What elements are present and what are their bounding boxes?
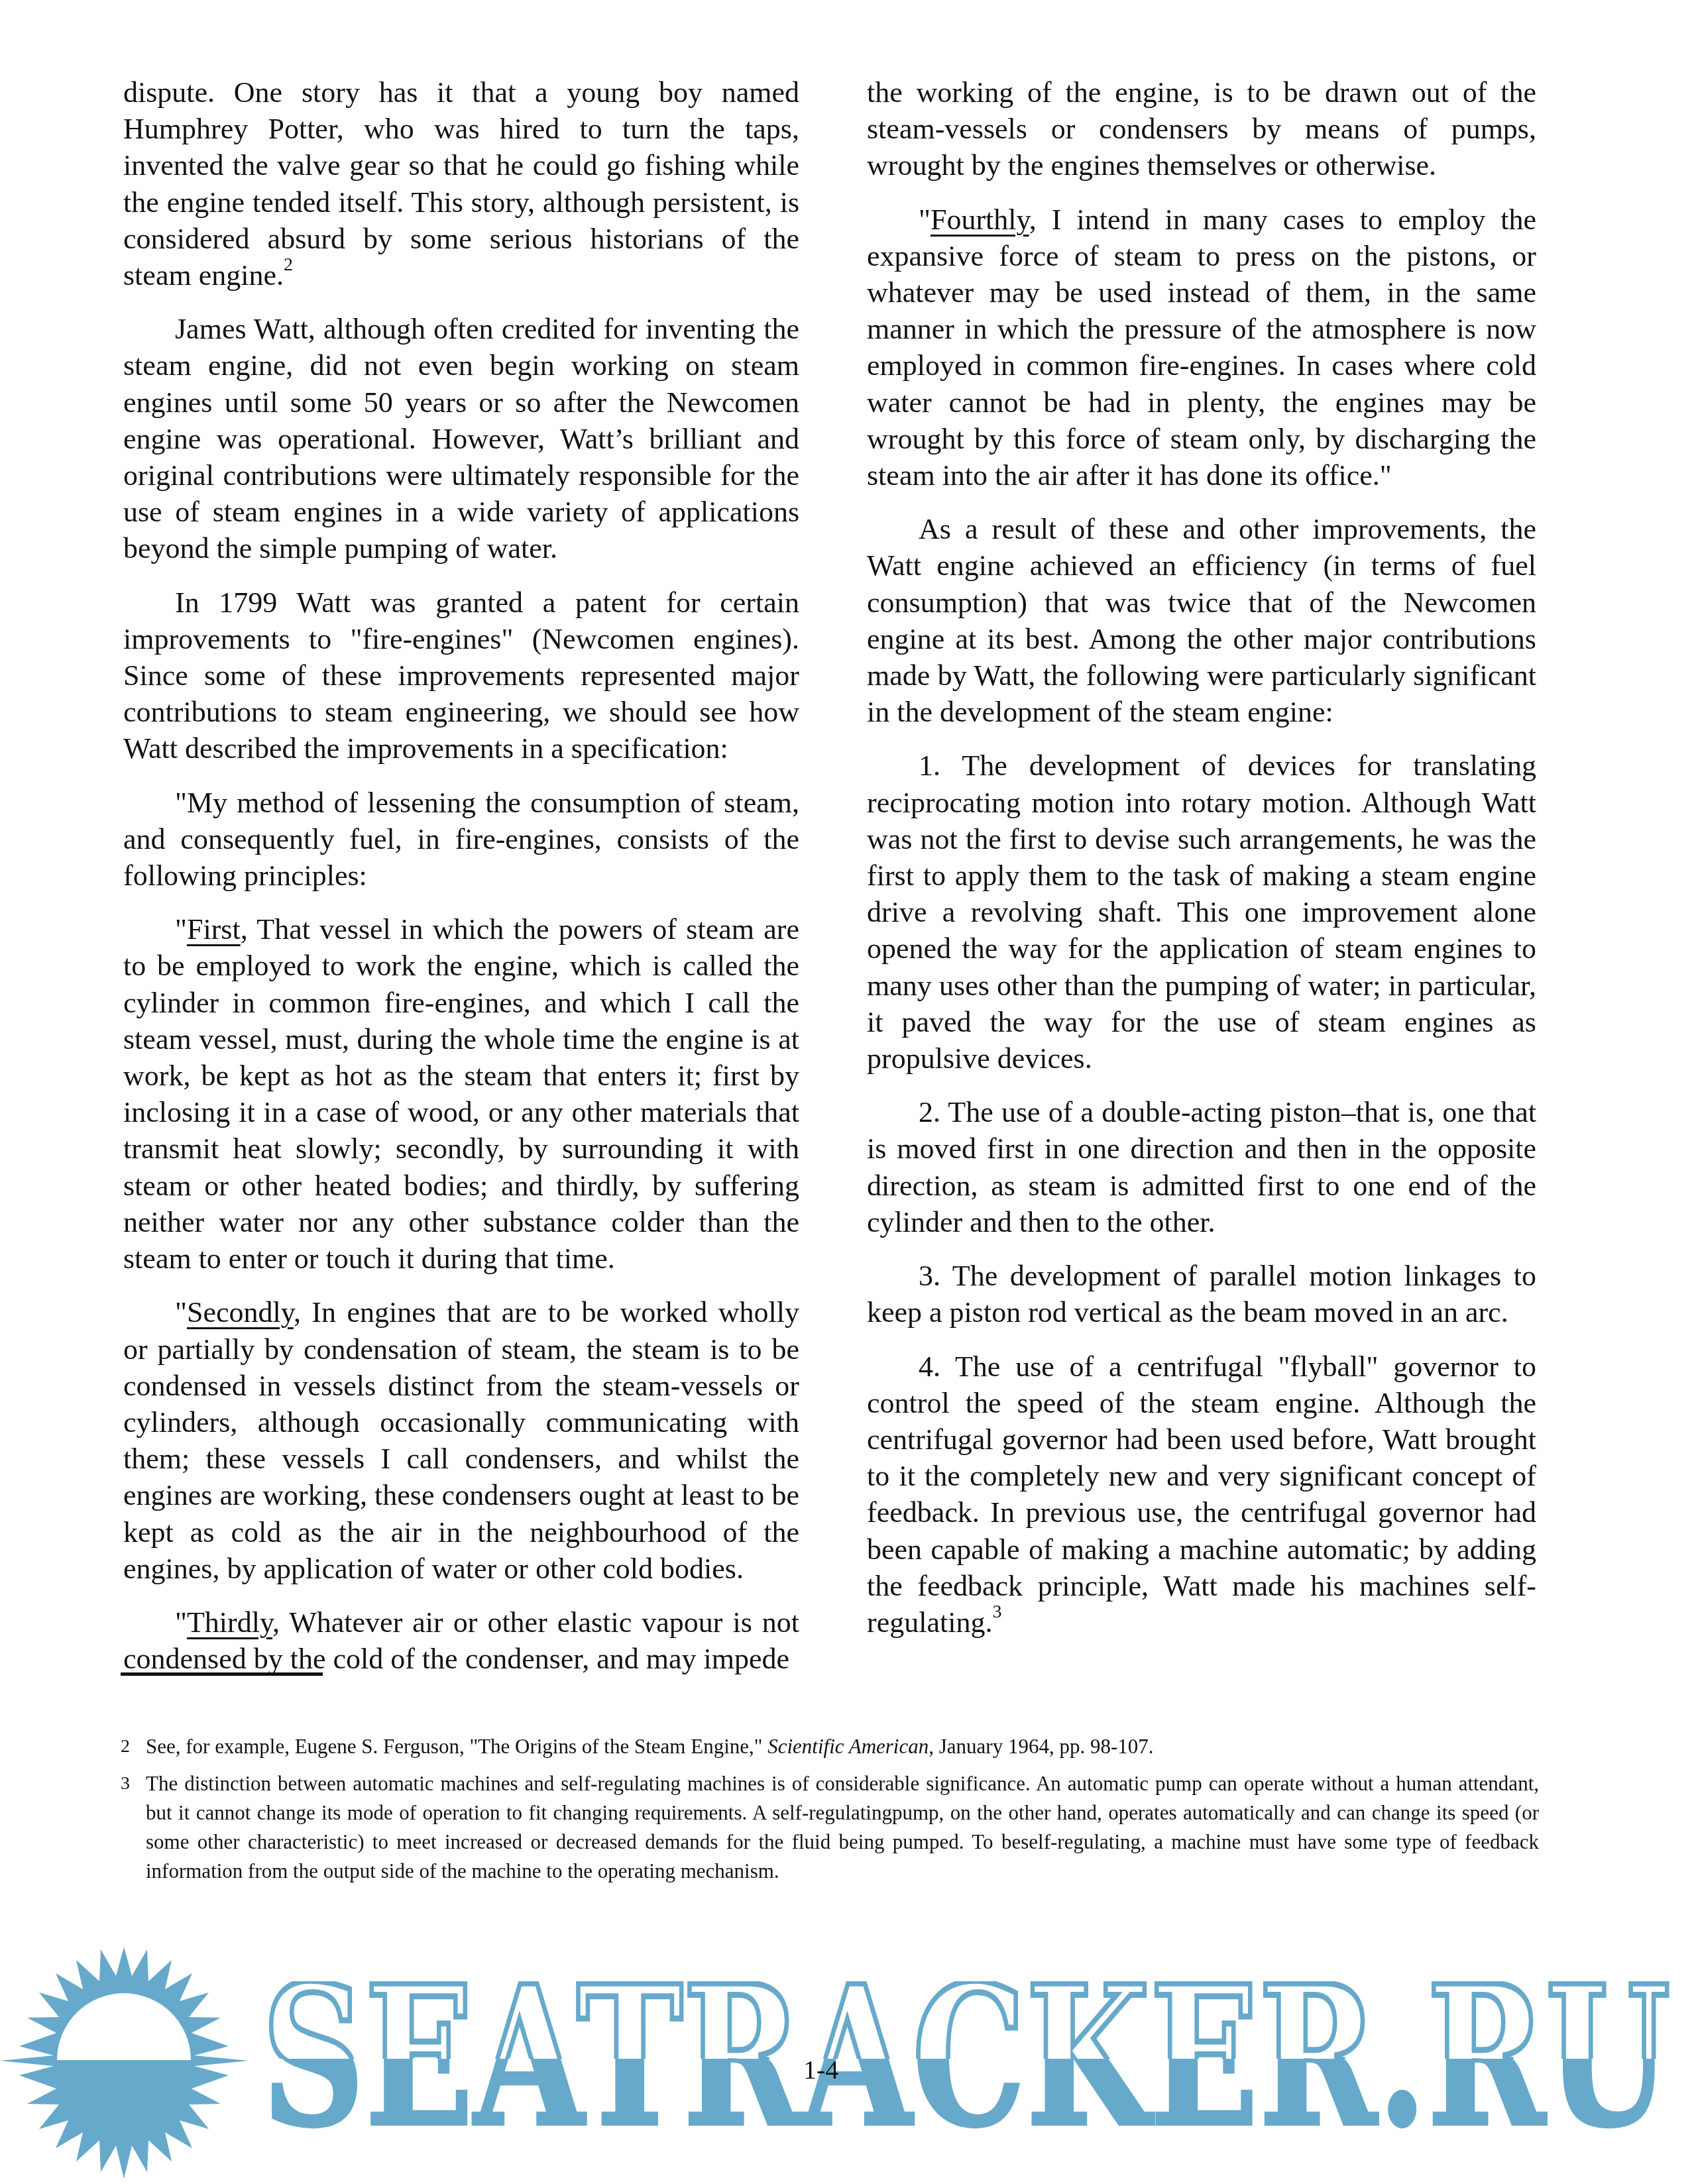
- footnote-text: The distinction between automatic machin…: [146, 1769, 1539, 1886]
- paragraph-secondly: "Secondly, In engines that are to be wor…: [123, 1294, 799, 1587]
- paragraph: In 1799 Watt was granted a patent for ce…: [123, 584, 799, 767]
- footnote: 3 The distinction between automatic mach…: [121, 1769, 1539, 1886]
- paragraph-thirdly: "Thirdly, Whatever air or other elastic …: [123, 1604, 799, 1677]
- paragraph: dispute. One story has it that a young b…: [123, 74, 799, 294]
- left-column: dispute. One story has it that a young b…: [123, 74, 799, 1694]
- list-item: 3. The development of parallel motion li…: [867, 1258, 1536, 1331]
- right-column: the working of the engine, is to be draw…: [867, 74, 1536, 1658]
- watermark-logo-text: SEATRACKER.RU SEATRACKER.RU: [262, 1981, 1673, 2134]
- footnote-ref[interactable]: 2: [284, 254, 293, 275]
- footnote: 2 See, for example, Eugene S. Ferguson, …: [121, 1732, 1539, 1761]
- underlined-term: First: [187, 913, 241, 946]
- paragraph: As a result of these and other improveme…: [867, 511, 1536, 730]
- sun-icon: [0, 1948, 249, 2184]
- paragraph-fourthly: "Fourthly, I intend in many cases to emp…: [867, 201, 1536, 494]
- page-number: 1-4: [803, 2054, 838, 2085]
- footnote-ref[interactable]: 3: [992, 1602, 1001, 1622]
- underlined-term: Secondly: [187, 1296, 294, 1329]
- list-item: 4. The use of a centrifugal "flyball" go…: [867, 1348, 1536, 1641]
- footnote-separator: [121, 1672, 323, 1676]
- paragraph: James Watt, although often credited for …: [123, 311, 799, 567]
- underlined-term: Thirdly: [187, 1606, 272, 1639]
- paragraph: the working of the engine, is to be draw…: [867, 74, 1536, 184]
- footnote-number: 3: [121, 1769, 146, 1886]
- paragraph-first: "First, That vessel in which the powers …: [123, 911, 799, 1277]
- footnote-text: See, for example, Eugene S. Ferguson, "T…: [146, 1732, 1539, 1761]
- footnote-number: 2: [121, 1732, 146, 1761]
- journal-title: Scientific American,: [767, 1735, 934, 1758]
- list-item: 2. The use of a double-acting piston–tha…: [867, 1094, 1536, 1240]
- list-item: 1. The development of devices for transl…: [867, 747, 1536, 1077]
- paragraph: "My method of lessening the consumption …: [123, 785, 799, 895]
- underlined-term: Fourthly: [931, 203, 1029, 236]
- footnotes: 2 See, for example, Eugene S. Ferguson, …: [121, 1732, 1539, 1894]
